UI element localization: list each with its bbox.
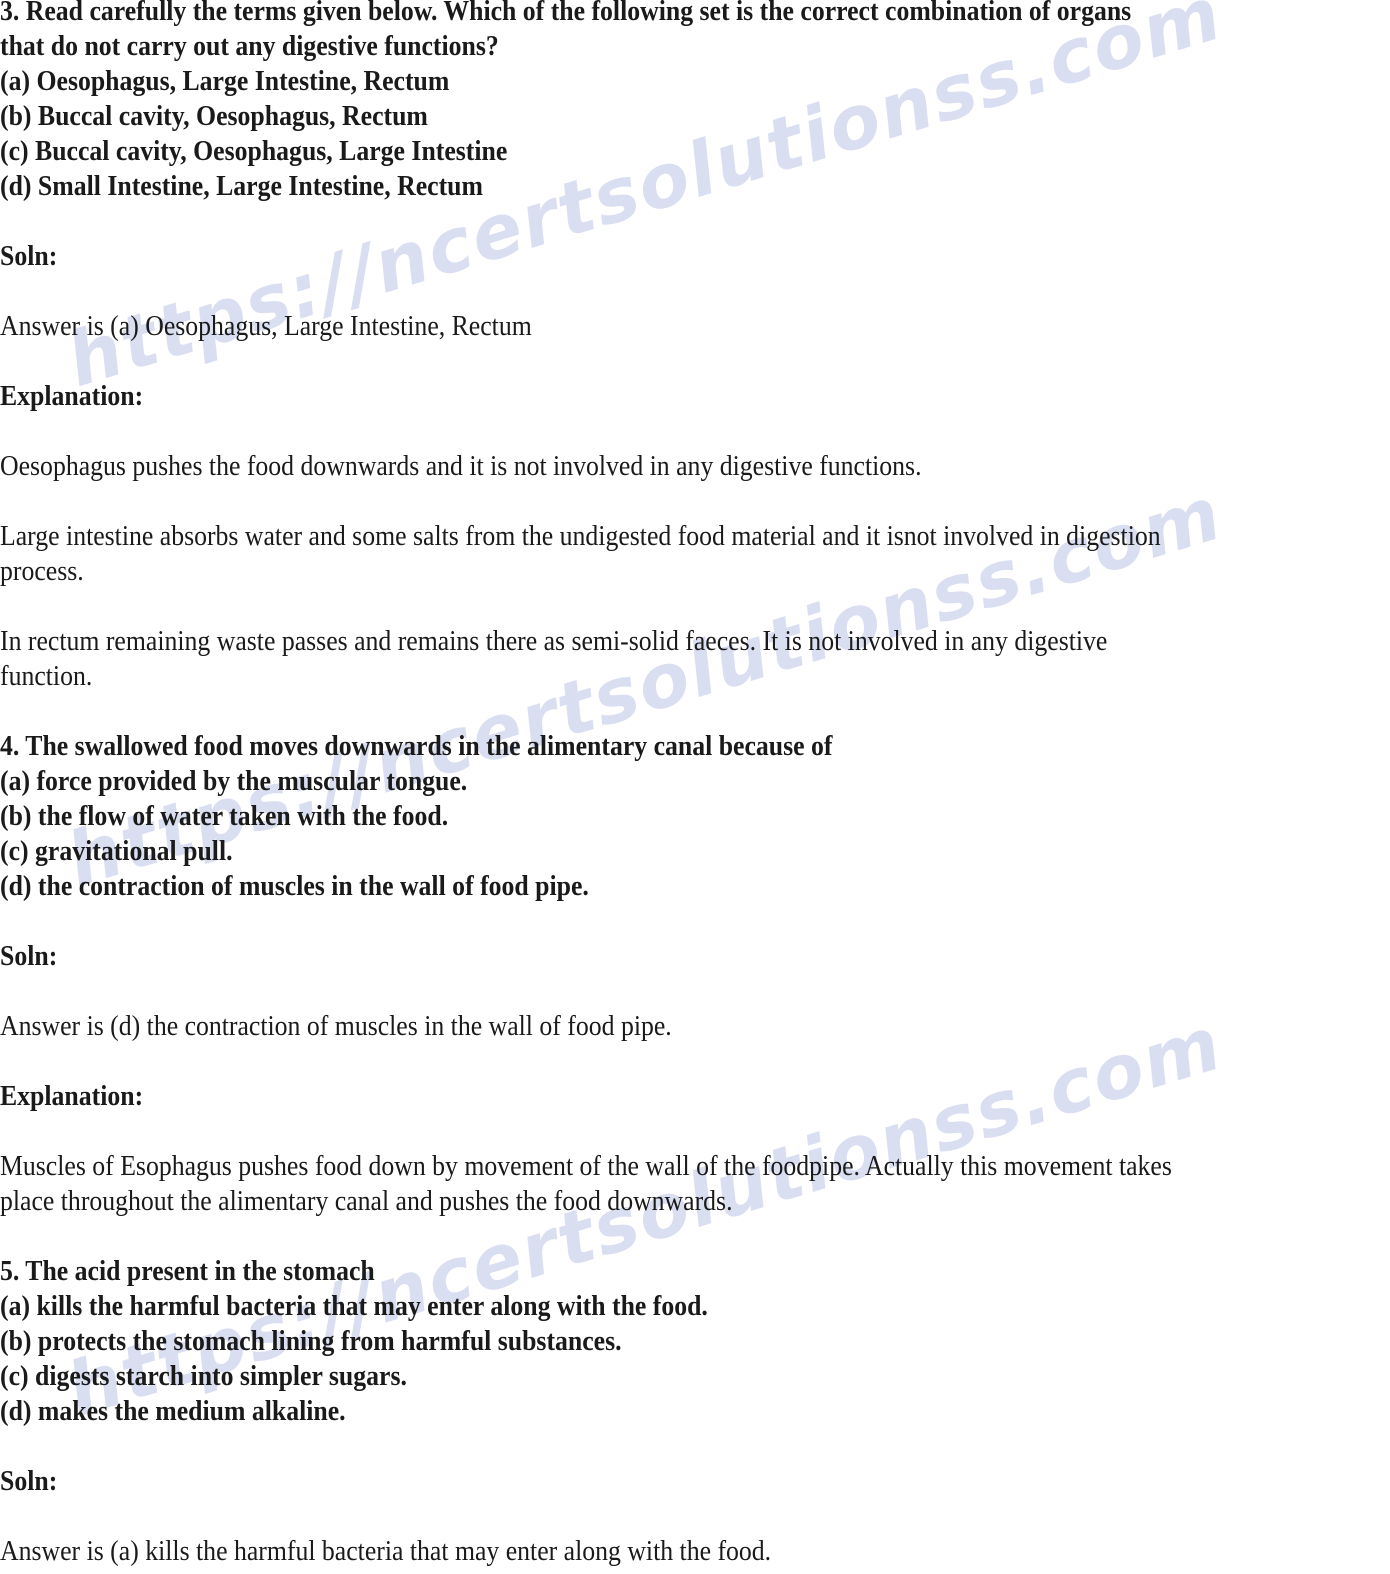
question-text: 4. The swallowed food moves downwards in…: [0, 729, 832, 764]
option-b: (b) the flow of water taken with the foo…: [0, 799, 448, 834]
explanation-paragraph: In rectum remaining waste passes and rem…: [0, 624, 1107, 659]
option-a: (a) kills the harmful bacteria that may …: [0, 1289, 708, 1324]
explanation-paragraph: Muscles of Esophagus pushes food down by…: [0, 1149, 1172, 1184]
answer-text: Answer is (a) kills the harmful bacteria…: [0, 1534, 771, 1569]
question-text: that do not carry out any digestive func…: [0, 29, 499, 64]
option-c: (c) Buccal cavity, Oesophagus, Large Int…: [0, 134, 507, 169]
option-a: (a) force provided by the muscular tongu…: [0, 764, 467, 799]
explanation-label: Explanation:: [0, 379, 143, 414]
explanation-paragraph: Large intestine absorbs water and some s…: [0, 519, 1161, 554]
question-text: 5. The acid present in the stomach: [0, 1254, 375, 1289]
option-c: (c) digests starch into simpler sugars.: [0, 1359, 407, 1394]
option-d: (d) Small Intestine, Large Intestine, Re…: [0, 169, 483, 204]
option-a: (a) Oesophagus, Large Intestine, Rectum: [0, 64, 449, 99]
soln-label: Soln:: [0, 939, 57, 974]
explanation-paragraph: place throughout the alimentary canal an…: [0, 1184, 733, 1219]
option-b: (b) protects the stomach lining from har…: [0, 1324, 622, 1359]
explanation-paragraph: function.: [0, 659, 92, 694]
option-b: (b) Buccal cavity, Oesophagus, Rectum: [0, 99, 428, 134]
option-d: (d) the contraction of muscles in the wa…: [0, 869, 589, 904]
soln-label: Soln:: [0, 1464, 57, 1499]
option-c: (c) gravitational pull.: [0, 834, 233, 869]
answer-text: Answer is (d) the contraction of muscles…: [0, 1009, 672, 1044]
answer-text: Answer is (a) Oesophagus, Large Intestin…: [0, 309, 532, 344]
explanation-label: Explanation:: [0, 1079, 143, 1114]
option-d: (d) makes the medium alkaline.: [0, 1394, 346, 1429]
question-text: 3. Read carefully the terms given below.…: [0, 0, 1131, 29]
explanation-paragraph: Oesophagus pushes the food downwards and…: [0, 449, 922, 484]
explanation-paragraph: process.: [0, 554, 84, 589]
soln-label: Soln:: [0, 239, 57, 274]
